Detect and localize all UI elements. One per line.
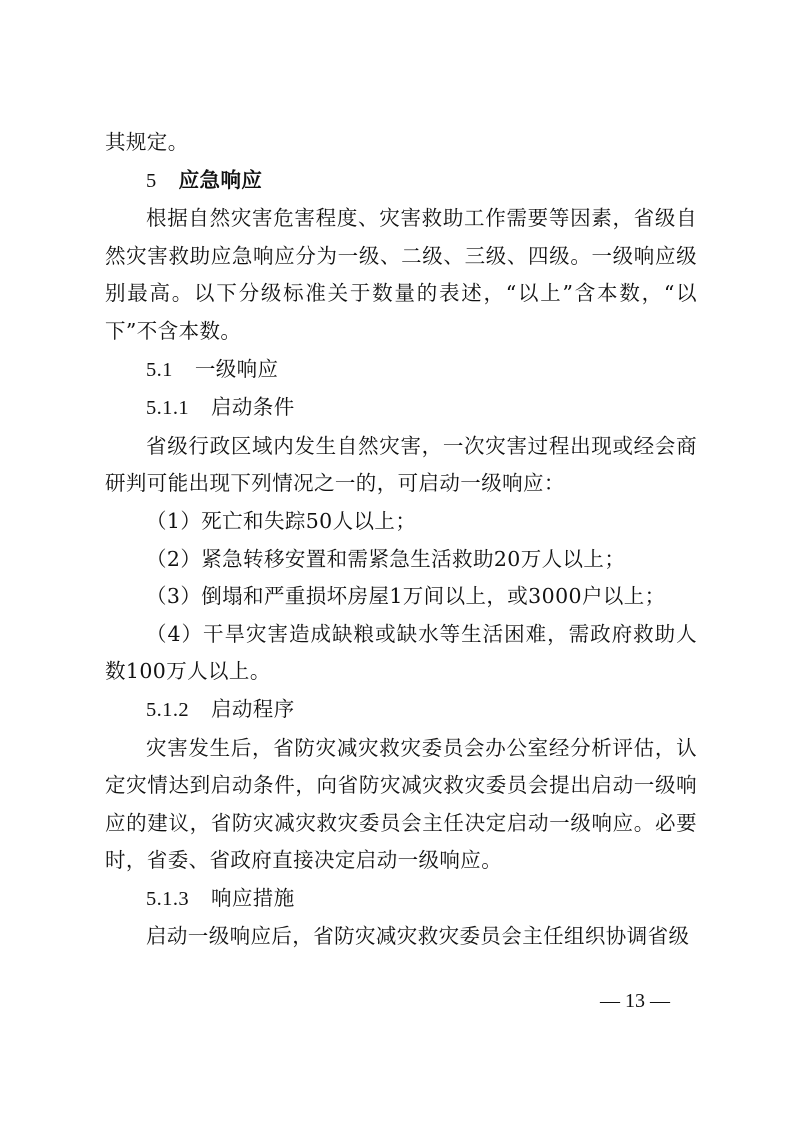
section-number: 5.1.3 (146, 888, 189, 910)
page-number: — 13 — (580, 990, 670, 1013)
section-title: 响应措施 (211, 886, 295, 910)
list-item-condition-2: （2）紧急转移安置和需紧急生活救助20万人以上； (105, 541, 697, 579)
section-title: 启动条件 (211, 395, 295, 419)
section-heading-5-1-1: 5.1.1启动条件 (105, 389, 697, 428)
list-item-condition-1: （1）死亡和失踪50人以上； (105, 503, 697, 541)
list-item-condition-4: （4）干旱灾害造成缺粮或缺水等生活困难，需政府救助人数100万人以上。 (105, 616, 697, 691)
section-number: 5.1.1 (146, 397, 189, 419)
paragraph-response-levels: 根据自然灾害危害程度、灾害救助工作需要等因素，省级自然灾害救助应急响应分为一级、… (105, 200, 697, 350)
section-title: 应急响应 (179, 168, 263, 192)
section-title: 启动程序 (211, 697, 295, 721)
section-heading-5-1-3: 5.1.3响应措施 (105, 880, 697, 919)
section-number: 5.1 (146, 359, 173, 381)
section-number: 5 (146, 170, 157, 192)
document-body: 其规定。 5应急响应 根据自然灾害危害程度、灾害救助工作需要等因素，省级自然灾害… (105, 124, 697, 956)
section-number: 5.1.2 (146, 699, 189, 721)
paragraph-response-measures: 启动一级响应后，省防灾减灾救灾委员会主任组织协调省级 (105, 918, 697, 956)
paragraph-continuation: 其规定。 (105, 124, 697, 162)
document-page: 其规定。 5应急响应 根据自然灾害危害程度、灾害救助工作需要等因素，省级自然灾害… (0, 0, 793, 1122)
section-heading-5-1: 5.1一级响应 (105, 351, 697, 390)
section-heading-5-1-2: 5.1.2启动程序 (105, 691, 697, 730)
section-heading-5: 5应急响应 (105, 162, 697, 201)
paragraph-trigger-intro: 省级行政区域内发生自然灾害，一次灾害过程出现或经会商研判可能出现下列情况之一的，… (105, 428, 697, 503)
paragraph-start-procedure: 灾害发生后，省防灾减灾救灾委员会办公室经分析评估，认定灾情达到启动条件，向省防灾… (105, 730, 697, 880)
list-item-condition-3: （3）倒塌和严重损坏房屋1万间以上，或3000户以上； (105, 578, 697, 616)
section-title: 一级响应 (195, 357, 279, 381)
